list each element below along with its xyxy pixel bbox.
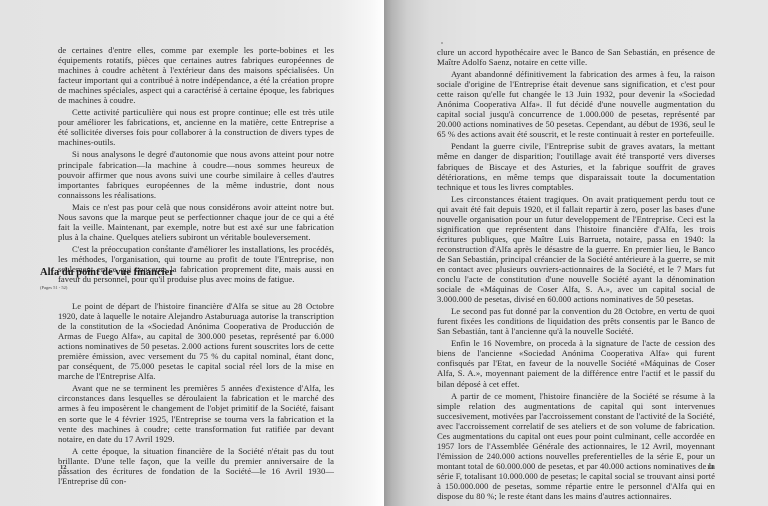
right-page-text: clure un accord hypothécaire avec le Ban… bbox=[437, 47, 715, 503]
paragraph: A cette époque, la situation financière … bbox=[58, 446, 334, 486]
paragraph: Cette activité particulière qui nous est… bbox=[58, 107, 334, 147]
paragraph: de certaines d'entre elles, comme par ex… bbox=[58, 45, 334, 105]
paragraph: Les circonstances étaient tragiques. On … bbox=[437, 194, 715, 305]
paragraph: Le point de départ de l'histoire financi… bbox=[58, 301, 334, 381]
paragraph: Mais ce n'est pas pour celà que nous con… bbox=[58, 202, 334, 242]
left-page-top-text: de certaines d'entre elles, comme par ex… bbox=[58, 45, 334, 286]
paragraph: A partir de ce moment, l'histoire financ… bbox=[437, 391, 715, 502]
paragraph: clure un accord hypothécaire avec le Ban… bbox=[437, 47, 715, 67]
paragraph: Le second pas fut donné par la conventio… bbox=[437, 306, 715, 336]
left-page-section-text: Le point de départ de l'histoire financi… bbox=[58, 301, 334, 488]
page-number: 12 bbox=[60, 464, 67, 471]
paragraph: Si nous analysons le degré d'autonomie q… bbox=[58, 149, 334, 199]
section-subtitle: (Pages 51 - 52) bbox=[40, 285, 67, 290]
paragraph: Ayant abandonné définitivement la fabric… bbox=[437, 69, 715, 139]
page-number: 13 bbox=[707, 464, 714, 471]
left-page: de certaines d'entre elles, comme par ex… bbox=[0, 0, 384, 506]
paragraph: Pendant la guerre civile, l'Entreprise s… bbox=[437, 141, 715, 191]
paragraph: Avant que ne se terminent les premières … bbox=[58, 383, 334, 443]
book-spread: de certaines d'entre elles, comme par ex… bbox=[0, 0, 768, 506]
paragraph: C'est la préoccupation constante d'améli… bbox=[58, 244, 334, 284]
print-speck bbox=[166, 245, 168, 247]
section-title: Alfa du point de vue financier bbox=[40, 267, 174, 278]
paragraph: Enfin le 16 Novembre, on proceda à la si… bbox=[437, 338, 715, 388]
right-page: clure un accord hypothécaire avec le Ban… bbox=[384, 0, 768, 506]
print-speck bbox=[441, 42, 443, 44]
